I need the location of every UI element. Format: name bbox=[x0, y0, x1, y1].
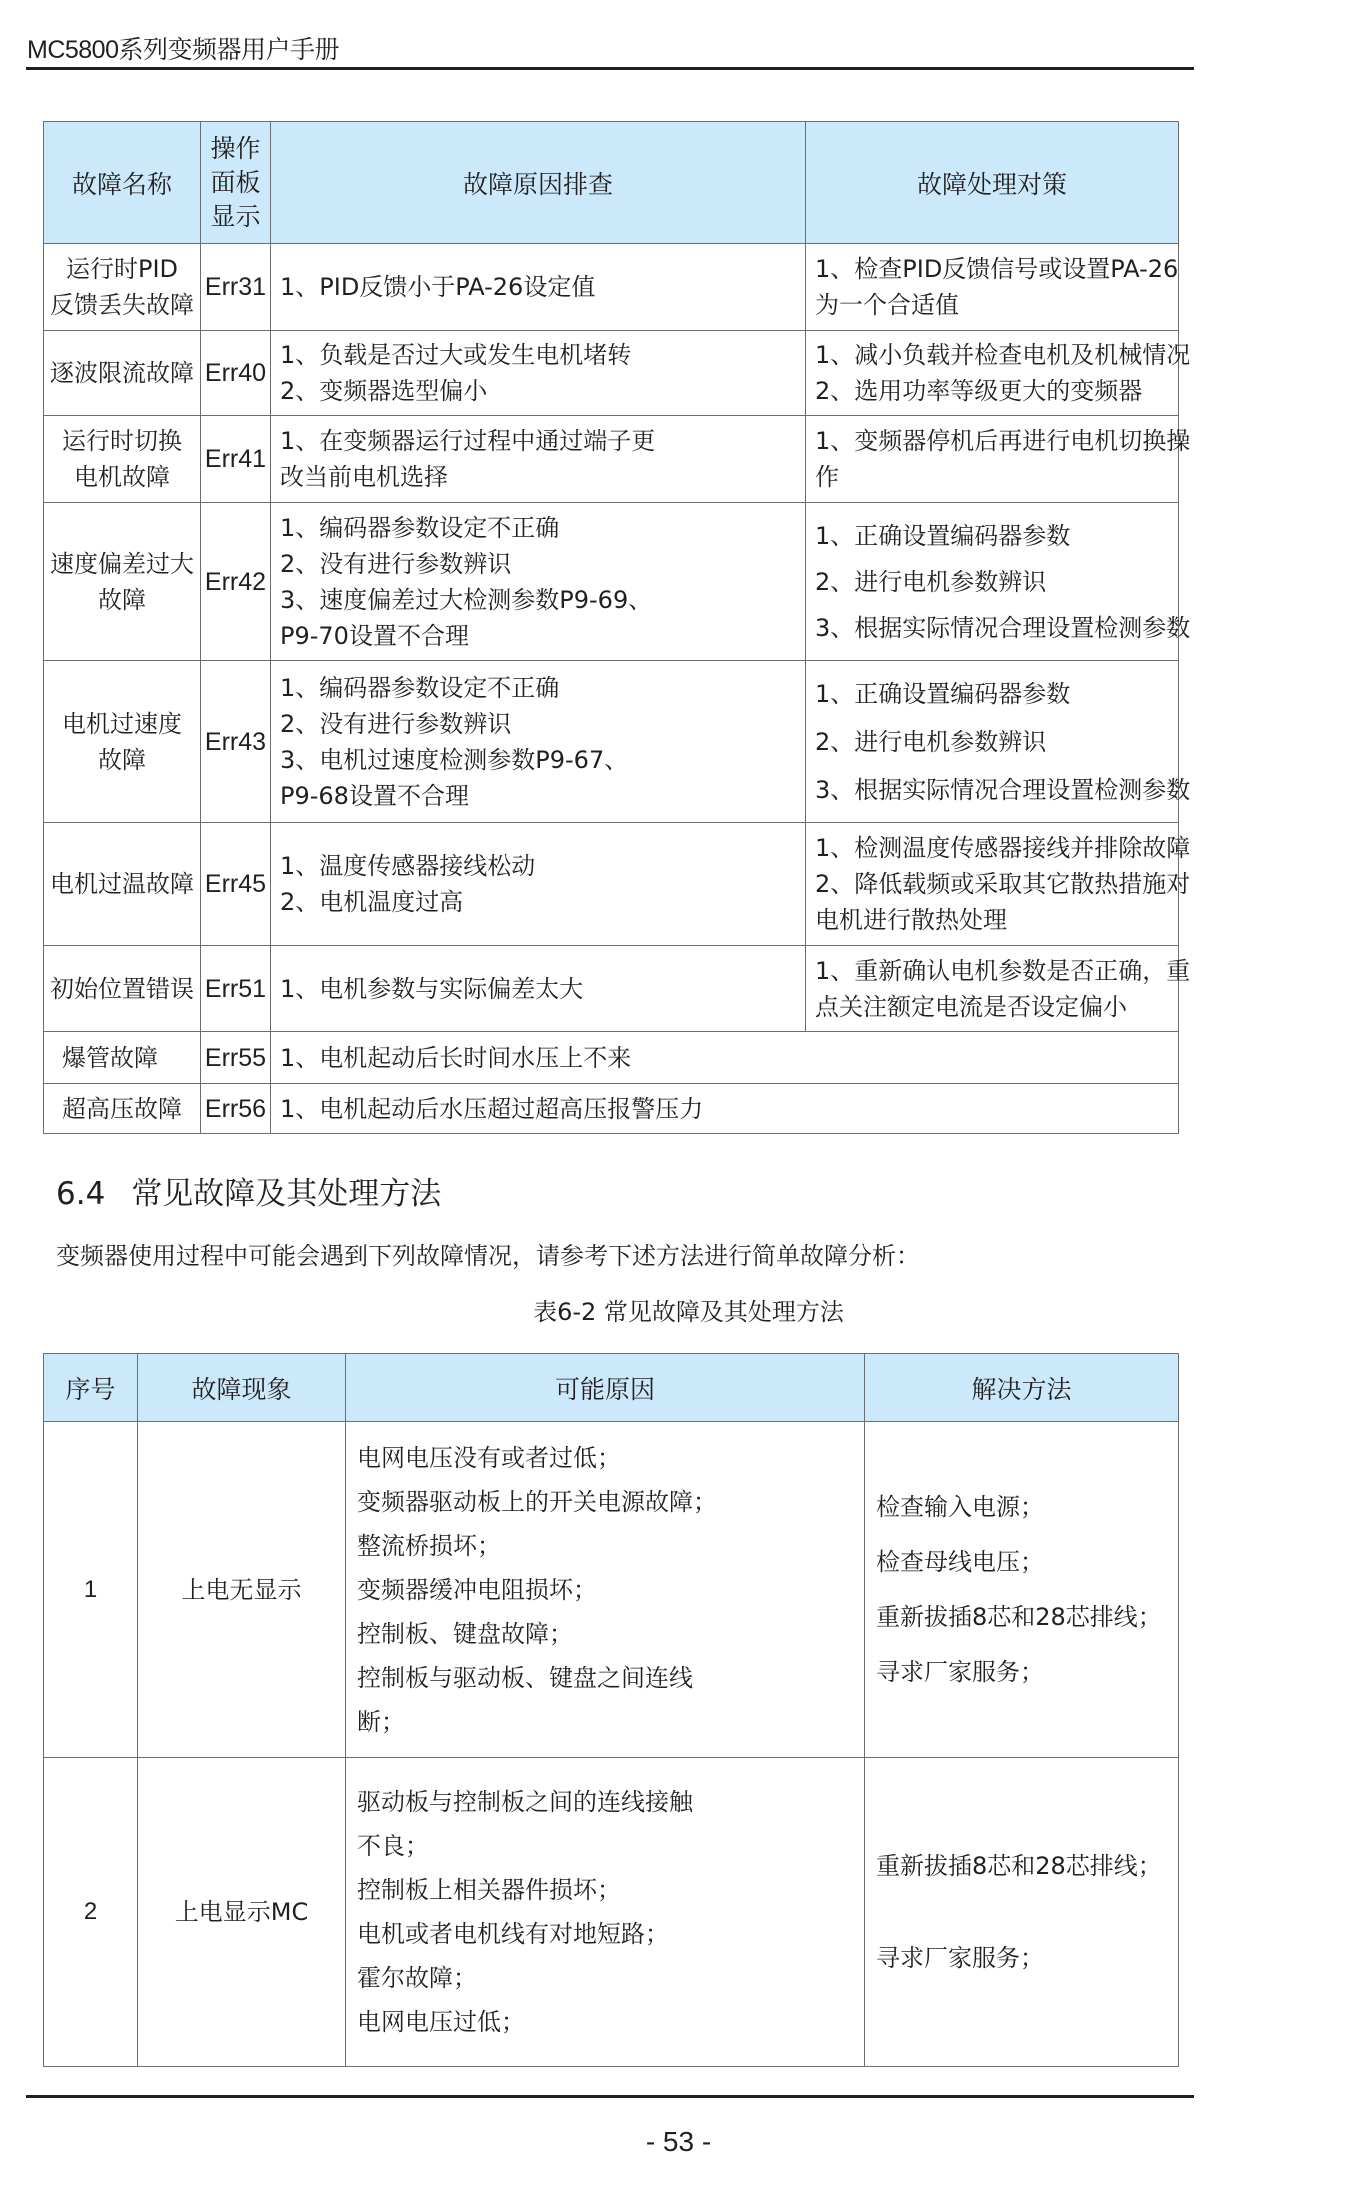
solution-line: 检查母线电压； bbox=[876, 1535, 1178, 1590]
cause-line: 3、电机过速度检测参数P9-67、 bbox=[280, 742, 805, 778]
fault-name: 运行时PID 反馈丢失故障 bbox=[44, 244, 201, 331]
footer-rule bbox=[26, 2095, 1194, 2098]
cause-line: 1、编码器参数设定不正确 bbox=[280, 510, 805, 546]
fault-solution: 1、重新确认电机参数是否正确，重 点关注额定电流是否设定偏小 bbox=[806, 946, 1179, 1032]
cause-line: 整流桥损坏； bbox=[357, 1524, 864, 1568]
fault-cause: 1、在变频器运行过程中通过端子更 改当前电机选择 bbox=[271, 416, 806, 503]
cause-line: 控制板上相关器件损坏； bbox=[357, 1868, 864, 1912]
fault-name-line: 逐波限流故障 bbox=[44, 355, 200, 391]
cause-line: P9-68设置不合理 bbox=[280, 778, 805, 814]
table-row: 逐波限流故障 Err40 1、负载是否过大或发生电机堵转 2、变频器选型偏小 1… bbox=[44, 331, 1179, 416]
common-faults-table: 序号 故障现象 可能原因 解决方法 1 上电无显示 电网电压没有或者过低； 变频… bbox=[43, 1353, 1179, 2067]
solution-line: 1、重新确认电机参数是否正确，重 bbox=[815, 953, 1178, 989]
section-title: 常见故障及其处理方法 bbox=[131, 1176, 441, 1212]
header-panel-display-line: 操作 bbox=[201, 132, 270, 166]
table-row: 爆管故障 Err55 1、电机起动后长时间水压上不来 bbox=[44, 1032, 1179, 1084]
table-row: 速度偏差过大 故障 Err42 1、编码器参数设定不正确 2、没有进行参数辨识 … bbox=[44, 503, 1179, 661]
cause-line: 驱动板与控制板之间的连线接触 bbox=[357, 1780, 864, 1824]
cause-line: 2、没有进行参数辨识 bbox=[280, 706, 805, 742]
cause-line: 变频器缓冲电阻损坏； bbox=[357, 1568, 864, 1612]
solution-line: 点关注额定电流是否设定偏小 bbox=[815, 989, 1178, 1025]
fault-code: Err42 bbox=[201, 503, 271, 661]
fault-cause: 1、编码器参数设定不正确 2、没有进行参数辨识 3、电机过速度检测参数P9-67… bbox=[271, 661, 806, 823]
fault-name-line: 电机故障 bbox=[44, 459, 200, 495]
fault-code-table: 故障名称 操作 面板 显示 故障原因排查 故障处理对策 运行时PID 反馈丢失故… bbox=[43, 121, 1179, 1134]
fault-solution: 1、变频器停机后再进行电机切换操 作 bbox=[806, 416, 1179, 503]
fault-name-line: 运行时切换 bbox=[44, 423, 200, 459]
cause-line: 1、PID反馈小于PA-26设定值 bbox=[280, 269, 805, 305]
table-row: 超高压故障 Err56 1、电机起动后水压超过超高压报警压力 bbox=[44, 1084, 1179, 1134]
cause-line: 霍尔故障； bbox=[357, 1956, 864, 2000]
solution-line: 2、降低载频或采取其它散热措施对 bbox=[815, 866, 1178, 902]
solution-line: 重新拔插8芯和28芯排线； bbox=[876, 1590, 1178, 1645]
fault-name: 超高压故障 bbox=[44, 1084, 201, 1134]
fault-name-line: 运行时PID bbox=[44, 251, 200, 287]
fault-code: Err45 bbox=[201, 823, 271, 946]
row-solutions: 重新拔插8芯和28芯排线； 寻求厂家服务； bbox=[865, 1758, 1179, 2067]
solution-line: 重新拔插8芯和28芯排线； bbox=[876, 1820, 1178, 1912]
solution-line: 1、检测温度传感器接线并排除故障 bbox=[815, 830, 1178, 866]
table-caption: 表6-2 常见故障及其处理方法 bbox=[0, 1292, 1357, 1327]
section-heading: 6.4常见故障及其处理方法 bbox=[56, 1168, 441, 1213]
header-index: 序号 bbox=[44, 1354, 138, 1422]
cause-line: 1、在变频器运行过程中通过端子更 bbox=[280, 423, 805, 459]
cause-line: 2、变频器选型偏小 bbox=[280, 373, 805, 409]
table-row: 运行时切换 电机故障 Err41 1、在变频器运行过程中通过端子更 改当前电机选… bbox=[44, 416, 1179, 503]
solution-line: 检查输入电源； bbox=[876, 1480, 1178, 1535]
cause-line: 电机或者电机线有对地短路； bbox=[357, 1912, 864, 1956]
row-causes: 电网电压没有或者过低； 变频器驱动板上的开关电源故障； 整流桥损坏； 变频器缓冲… bbox=[346, 1422, 865, 1758]
fault-name: 爆管故障 bbox=[44, 1032, 201, 1084]
solution-line: 2、进行电机参数辨识 bbox=[815, 559, 1178, 605]
fault-code: Err41 bbox=[201, 416, 271, 503]
solution-line: 寻求厂家服务； bbox=[876, 1645, 1178, 1700]
fault-solution: 1、正确设置编码器参数 2、进行电机参数辨识 3、根据实际情况合理设置检测参数 bbox=[806, 503, 1179, 661]
fault-solution: 1、减小负载并检查电机及机械情况 2、选用功率等级更大的变频器 bbox=[806, 331, 1179, 416]
fault-name-line: 速度偏差过大 bbox=[44, 546, 200, 582]
solution-line: 1、减小负载并检查电机及机械情况 bbox=[815, 337, 1178, 373]
fault-cause: 1、温度传感器接线松动 2、电机温度过高 bbox=[271, 823, 806, 946]
header-solutions: 解决方法 bbox=[865, 1354, 1179, 1422]
fault-cause: 1、负载是否过大或发生电机堵转 2、变频器选型偏小 bbox=[271, 331, 806, 416]
table-row: 电机过速度 故障 Err43 1、编码器参数设定不正确 2、没有进行参数辨识 3… bbox=[44, 661, 1179, 823]
cause-line: 断； bbox=[357, 1700, 864, 1744]
solution-line: 1、正确设置编码器参数 bbox=[815, 670, 1178, 718]
cause-line: 1、负载是否过大或发生电机堵转 bbox=[280, 337, 805, 373]
cause-line: 3、速度偏差过大检测参数P9-69、 bbox=[280, 582, 805, 618]
fault-solution: 1、正确设置编码器参数 2、进行电机参数辨识 3、根据实际情况合理设置检测参数 bbox=[806, 661, 1179, 823]
cause-line: 1、温度传感器接线松动 bbox=[280, 848, 805, 884]
cause-line: 2、没有进行参数辨识 bbox=[280, 546, 805, 582]
cause-line: P9-70设置不合理 bbox=[280, 618, 805, 654]
row-symptom: 上电无显示 bbox=[138, 1422, 346, 1758]
row-causes: 驱动板与控制板之间的连线接触 不良； 控制板上相关器件损坏； 电机或者电机线有对… bbox=[346, 1758, 865, 2067]
header-panel-display-line: 显示 bbox=[201, 200, 270, 234]
fault-code: Err31 bbox=[201, 244, 271, 331]
fault-code: Err40 bbox=[201, 331, 271, 416]
solution-line: 2、进行电机参数辨识 bbox=[815, 718, 1178, 766]
fault-name: 电机过速度 故障 bbox=[44, 661, 201, 823]
cause-line: 不良； bbox=[357, 1824, 864, 1868]
table-row: 初始位置错误 Err51 1、电机参数与实际偏差太大 1、重新确认电机参数是否正… bbox=[44, 946, 1179, 1032]
header-panel-display-line: 面板 bbox=[201, 166, 270, 200]
solution-line: 为一个合适值 bbox=[815, 287, 1178, 323]
header-rule bbox=[26, 67, 1194, 70]
solution-line: 3、根据实际情况合理设置检测参数 bbox=[815, 605, 1178, 651]
header-panel-display: 操作 面板 显示 bbox=[201, 122, 271, 244]
fault-name: 电机过温故障 bbox=[44, 823, 201, 946]
cause-line: 改当前电机选择 bbox=[280, 459, 805, 495]
section-intro: 变频器使用过程中可能会遇到下列故障情况，请参考下述方法进行简单故障分析： bbox=[56, 1236, 920, 1271]
table-header-row: 序号 故障现象 可能原因 解决方法 bbox=[44, 1354, 1179, 1422]
row-symptom: 上电显示MC bbox=[138, 1758, 346, 2067]
cause-line: 1、编码器参数设定不正确 bbox=[280, 670, 805, 706]
solution-line: 作 bbox=[815, 459, 1178, 495]
fault-cause: 1、电机起动后长时间水压上不来 bbox=[271, 1032, 1179, 1084]
fault-cause: 1、PID反馈小于PA-26设定值 bbox=[271, 244, 806, 331]
fault-name-line: 故障 bbox=[44, 742, 200, 778]
header-fault-name: 故障名称 bbox=[44, 122, 201, 244]
cause-line: 电网电压没有或者过低； bbox=[357, 1436, 864, 1480]
fault-code: Err43 bbox=[201, 661, 271, 823]
fault-name: 运行时切换 电机故障 bbox=[44, 416, 201, 503]
fault-cause: 1、电机参数与实际偏差太大 bbox=[271, 946, 806, 1032]
cause-line: 控制板与驱动板、键盘之间连线 bbox=[357, 1656, 864, 1700]
header-cause: 故障原因排查 bbox=[271, 122, 806, 244]
cause-line: 2、电机温度过高 bbox=[280, 884, 805, 920]
fault-name-line: 故障 bbox=[44, 582, 200, 618]
solution-line: 1、变频器停机后再进行电机切换操 bbox=[815, 423, 1178, 459]
fault-solution: 1、检查PID反馈信号或设置PA-26 为一个合适值 bbox=[806, 244, 1179, 331]
fault-code: Err55 bbox=[201, 1032, 271, 1084]
page-number: - 53 - bbox=[0, 2126, 1357, 2158]
solution-line: 电机进行散热处理 bbox=[815, 902, 1178, 938]
section-number: 6.4 bbox=[56, 1176, 105, 1212]
table-row: 运行时PID 反馈丢失故障 Err31 1、PID反馈小于PA-26设定值 1、… bbox=[44, 244, 1179, 331]
solution-line: 1、正确设置编码器参数 bbox=[815, 513, 1178, 559]
cause-line: 1、电机参数与实际偏差太大 bbox=[280, 971, 805, 1007]
fault-code: Err56 bbox=[201, 1084, 271, 1134]
table-row: 电机过温故障 Err45 1、温度传感器接线松动 2、电机温度过高 1、检测温度… bbox=[44, 823, 1179, 946]
fault-cause: 1、编码器参数设定不正确 2、没有进行参数辨识 3、速度偏差过大检测参数P9-6… bbox=[271, 503, 806, 661]
row-index: 2 bbox=[44, 1758, 138, 2067]
fault-name-line: 电机过温故障 bbox=[44, 866, 200, 902]
fault-name-line: 电机过速度 bbox=[44, 706, 200, 742]
solution-line: 1、检查PID反馈信号或设置PA-26 bbox=[815, 251, 1178, 287]
cause-line: 电网电压过低； bbox=[357, 2000, 864, 2044]
solution-line: 3、根据实际情况合理设置检测参数 bbox=[815, 766, 1178, 814]
fault-code: Err51 bbox=[201, 946, 271, 1032]
fault-name: 逐波限流故障 bbox=[44, 331, 201, 416]
fault-name: 速度偏差过大 故障 bbox=[44, 503, 201, 661]
row-solutions: 检查输入电源； 检查母线电压； 重新拔插8芯和28芯排线； 寻求厂家服务； bbox=[865, 1422, 1179, 1758]
table-row: 2 上电显示MC 驱动板与控制板之间的连线接触 不良； 控制板上相关器件损坏； … bbox=[44, 1758, 1179, 2067]
header-causes: 可能原因 bbox=[346, 1354, 865, 1422]
header-symptom: 故障现象 bbox=[138, 1354, 346, 1422]
running-header: MC5800系列变频器用户手册 bbox=[27, 30, 339, 66]
cause-line: 控制板、键盘故障； bbox=[357, 1612, 864, 1656]
solution-line: 寻求厂家服务； bbox=[876, 1912, 1178, 2004]
cause-line: 变频器驱动板上的开关电源故障； bbox=[357, 1480, 864, 1524]
fault-name-line: 初始位置错误 bbox=[44, 971, 200, 1007]
fault-cause: 1、电机起动后水压超过超高压报警压力 bbox=[271, 1084, 1179, 1134]
row-index: 1 bbox=[44, 1422, 138, 1758]
fault-name-line: 反馈丢失故障 bbox=[44, 287, 200, 323]
header-solution: 故障处理对策 bbox=[806, 122, 1179, 244]
fault-solution: 1、检测温度传感器接线并排除故障 2、降低载频或采取其它散热措施对 电机进行散热… bbox=[806, 823, 1179, 946]
fault-name: 初始位置错误 bbox=[44, 946, 201, 1032]
table-row: 1 上电无显示 电网电压没有或者过低； 变频器驱动板上的开关电源故障； 整流桥损… bbox=[44, 1422, 1179, 1758]
table-header-row: 故障名称 操作 面板 显示 故障原因排查 故障处理对策 bbox=[44, 122, 1179, 244]
solution-line: 2、选用功率等级更大的变频器 bbox=[815, 373, 1178, 409]
